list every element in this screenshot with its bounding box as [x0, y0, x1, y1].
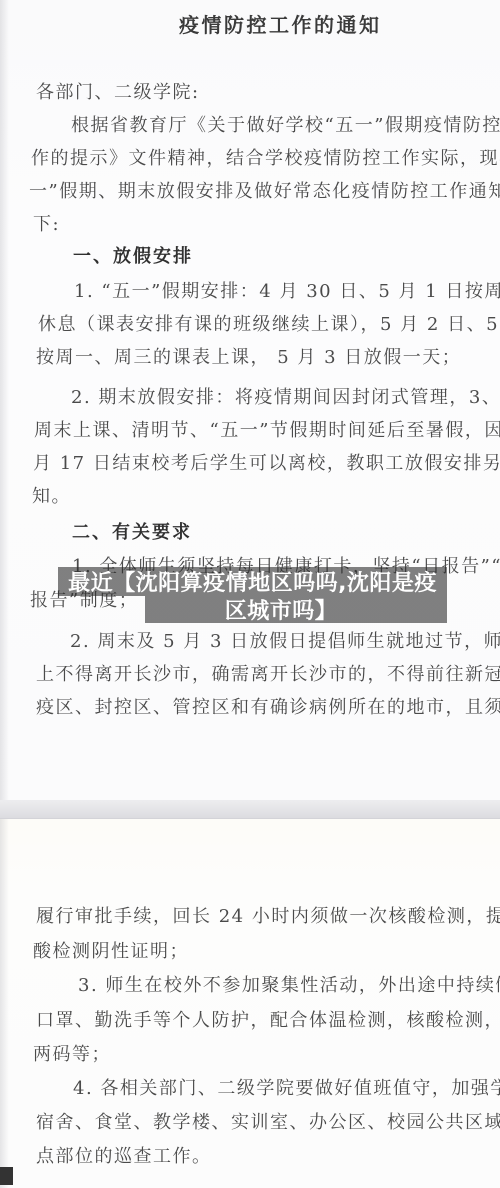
doc-text-line: 作的提示》文件精神，结合学校疫情防控工作实际，现将“五: [31, 150, 500, 168]
doc-text-line: 一”假期、期末放假安排及做好常态化疫情防控工作通知如: [29, 183, 500, 201]
doc-text-line: 宿舍、食堂、教学楼、实训室、办公区、校园公共区域等重: [36, 1114, 500, 1132]
doc-text-line-salutation: 各部门、二级学院:: [36, 84, 200, 102]
doc-text-line: 根据省教育厅《关于做好学校“五一”假期疫情防控工: [71, 117, 500, 135]
doc-text-line: 疫区、封控区、管控区和有确诊病例所在的地市，且须严格: [36, 699, 500, 717]
doc-text-line: 2. 周末及 5 月 3 日放假日提倡师生就地过节，师生原则: [70, 633, 500, 651]
photo-left-edge-shade: [0, 0, 9, 800]
doc-text-line: 1. “五一”假期安排：4 月 30 日、5 月 1 日按周末正常: [74, 283, 500, 301]
caption-text-line1: 最近【沈阳算疫情地区吗吗,沈阳是疫: [68, 566, 437, 597]
doc-text-line: 知。: [32, 488, 71, 506]
notice-title: 疫情防控工作的通知: [179, 15, 382, 35]
doc-text-line: 3. 师生在校外不参加聚集性活动，外出途中持续做好戴: [78, 977, 500, 995]
doc-text-line: 点部位的巡查工作。: [36, 1148, 212, 1166]
doc-text-line: 两码等；: [33, 1046, 111, 1064]
doc-text-line: 周末上课、清明节、“五一”节假期时间延后至暑假，因此 6: [34, 422, 500, 440]
doc-text-line: 按周一、周三的课表上课， 5 月 3 日放假一天；: [36, 349, 461, 367]
caption-overlay-line2: 区城市吗】: [145, 596, 447, 623]
doc-text-line: 口罩、勤洗手等个人防护，配合体温检测，核酸检测，查验: [36, 1012, 500, 1030]
image-gap-divider: [0, 800, 500, 819]
section-heading-2: 二、有关要求: [72, 524, 192, 542]
article-image: 疫情防控工作的通知 各部门、二级学院: 根据省教育厅《关于做好学校“五一”假期疫…: [0, 0, 500, 1188]
doc-text-line: 下:: [33, 216, 60, 234]
doc-text-line: 4. 各相关部门、二级学院要做好值班值守，加强学生: [73, 1080, 500, 1098]
doc-text-line: 休息（课表安排有课的班级继续上课），5 月 2 日、5 月 4 日: [38, 316, 500, 334]
photo-corner-mark: [0, 1167, 13, 1185]
section-heading-1: 一、放假安排: [73, 248, 193, 266]
doc-text-line: 酸检测阴性证明；: [33, 943, 189, 961]
caption-text-line2: 区城市吗】: [225, 594, 338, 625]
caption-overlay-line1: 最近【沈阳算疫情地区吗吗,沈阳是疫: [58, 567, 447, 596]
doc-text-line: 履行审批手续，回长 24 小时内须做一次核酸检测，提供核: [36, 908, 500, 926]
doc-text-line: 上不得离开长沙市，确需离开长沙市的，不得前往新冠肺炎: [36, 666, 500, 684]
doc-text-line: 2. 期末放假安排：将疫情期间因封闭式管理，3、4 月份: [71, 389, 500, 407]
doc-text-line: 月 17 日结束校考后学生可以离校，教职工放假安排另行通: [33, 455, 500, 473]
photo-left-edge-shade-bottom: [0, 819, 9, 1188]
